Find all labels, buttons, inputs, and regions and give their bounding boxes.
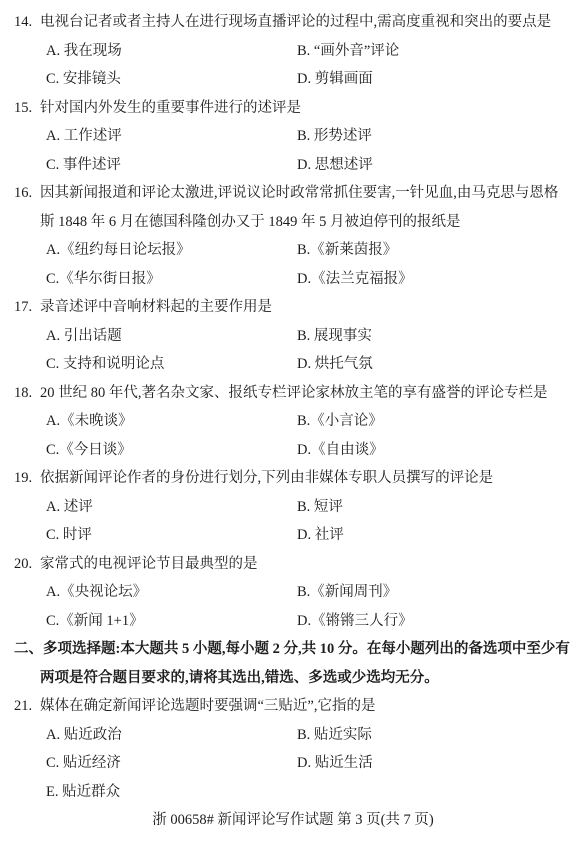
question-number: 14. [14, 8, 40, 37]
option-a: A.《未晚谈》 [46, 407, 297, 436]
question-number: 20. [14, 550, 40, 579]
option-a: A. 工作述评 [46, 122, 297, 151]
option-d: D.《锵锵三人行》 [297, 607, 572, 636]
question-20: 20. 家常式的电视评论节目最典型的是 A.《央视论坛》 B.《新闻周刊》 C.… [14, 550, 572, 636]
option-c: C. 支持和说明论点 [46, 350, 297, 379]
option-e: E. 贴近群众 [46, 778, 297, 807]
option-c: C. 安排镜头 [46, 65, 297, 94]
option-b: B. 贴近实际 [297, 721, 572, 750]
question-16: 16. 因其新闻报道和评论太激进,评说议论时政常常抓住要害,一针见血,由马克思与… [14, 179, 572, 293]
question-text: 因其新闻报道和评论太激进,评说议论时政常常抓住要害,一针见血,由马克思与恩格斯 … [40, 179, 572, 236]
question-14: 14. 电视台记者或者主持人在进行现场直播评论的过程中,需高度重视和突出的要点是… [14, 8, 572, 94]
question-17: 17. 录音述评中音响材料起的主要作用是 A. 引出话题 B. 展现事实 C. … [14, 293, 572, 379]
option-c: C. 贴近经济 [46, 749, 297, 778]
question-number: 19. [14, 464, 40, 493]
question-options: A. 工作述评 B. 形势述评 C. 事件述评 D. 思想述评 [46, 122, 572, 179]
question-text: 电视台记者或者主持人在进行现场直播评论的过程中,需高度重视和突出的要点是 [40, 8, 572, 37]
option-b: B.《新闻周刊》 [297, 578, 572, 607]
option-b: B. 形势述评 [297, 122, 572, 151]
question-options: A. 引出话题 B. 展现事实 C. 支持和说明论点 D. 烘托气氛 [46, 322, 572, 379]
option-d: D.《法兰克福报》 [297, 265, 572, 294]
question-15: 15. 针对国内外发生的重要事件进行的述评是 A. 工作述评 B. 形势述评 C… [14, 94, 572, 180]
question-18: 18. 20 世纪 80 年代,著名杂文家、报纸专栏评论家林放主笔的享有盛誉的评… [14, 379, 572, 465]
option-d: D. 社评 [297, 521, 572, 550]
option-c: C.《新闻 1+1》 [46, 607, 297, 636]
question-21: 21. 媒体在确定新闻评论选题时要强调“三贴近”,它指的是 A. 贴近政治 B.… [14, 692, 572, 806]
option-c: C. 时评 [46, 521, 297, 550]
question-text: 家常式的电视评论节目最典型的是 [40, 550, 572, 579]
option-c: C.《今日谈》 [46, 436, 297, 465]
question-text: 20 世纪 80 年代,著名杂文家、报纸专栏评论家林放主笔的享有盛誉的评论专栏是 [40, 379, 572, 408]
section-2-heading: 二、多项选择题:本大题共 5 小题,每小题 2 分,共 10 分。在每小题列出的… [14, 635, 572, 692]
option-d: D. 剪辑画面 [297, 65, 572, 94]
option-d: D.《自由谈》 [297, 436, 572, 465]
question-options: A. 我在现场 B. “画外音”评论 C. 安排镜头 D. 剪辑画面 [46, 37, 572, 94]
option-d: D. 贴近生活 [297, 749, 572, 778]
question-text: 媒体在确定新闻评论选题时要强调“三贴近”,它指的是 [40, 692, 572, 721]
page-footer: 浙 00658# 新闻评论写作试题 第 3 页(共 7 页) [14, 806, 572, 835]
question-19: 19. 依据新闻评论作者的身份进行划分,下列由非媒体专职人员撰写的评论是 A. … [14, 464, 572, 550]
option-c: C. 事件述评 [46, 151, 297, 180]
question-number: 17. [14, 293, 40, 322]
question-text: 针对国内外发生的重要事件进行的述评是 [40, 94, 572, 123]
question-text: 录音述评中音响材料起的主要作用是 [40, 293, 572, 322]
option-c: C.《华尔街日报》 [46, 265, 297, 294]
option-a: A. 述评 [46, 493, 297, 522]
option-a: A. 贴近政治 [46, 721, 297, 750]
exam-page: 14. 电视台记者或者主持人在进行现场直播评论的过程中,需高度重视和突出的要点是… [0, 0, 584, 835]
question-options: A.《纽约每日论坛报》 B.《新莱茵报》 C.《华尔街日报》 D.《法兰克福报》 [46, 236, 572, 293]
question-number: 21. [14, 692, 40, 721]
option-a: A.《纽约每日论坛报》 [46, 236, 297, 265]
option-b: B.《小言论》 [297, 407, 572, 436]
question-options: A.《未晚谈》 B.《小言论》 C.《今日谈》 D.《自由谈》 [46, 407, 572, 464]
question-text: 依据新闻评论作者的身份进行划分,下列由非媒体专职人员撰写的评论是 [40, 464, 572, 493]
option-b: B. 展现事实 [297, 322, 572, 351]
option-d: D. 思想述评 [297, 151, 572, 180]
option-b: B. “画外音”评论 [297, 37, 572, 66]
question-number: 15. [14, 94, 40, 123]
option-b: B.《新莱茵报》 [297, 236, 572, 265]
question-number: 16. [14, 179, 40, 236]
question-number: 18. [14, 379, 40, 408]
option-d: D. 烘托气氛 [297, 350, 572, 379]
option-a: A. 引出话题 [46, 322, 297, 351]
question-options: A. 贴近政治 B. 贴近实际 C. 贴近经济 D. 贴近生活 E. 贴近群众 [46, 721, 572, 807]
option-a: A. 我在现场 [46, 37, 297, 66]
option-b: B. 短评 [297, 493, 572, 522]
option-a: A.《央视论坛》 [46, 578, 297, 607]
question-options: A.《央视论坛》 B.《新闻周刊》 C.《新闻 1+1》 D.《锵锵三人行》 [46, 578, 572, 635]
question-options: A. 述评 B. 短评 C. 时评 D. 社评 [46, 493, 572, 550]
